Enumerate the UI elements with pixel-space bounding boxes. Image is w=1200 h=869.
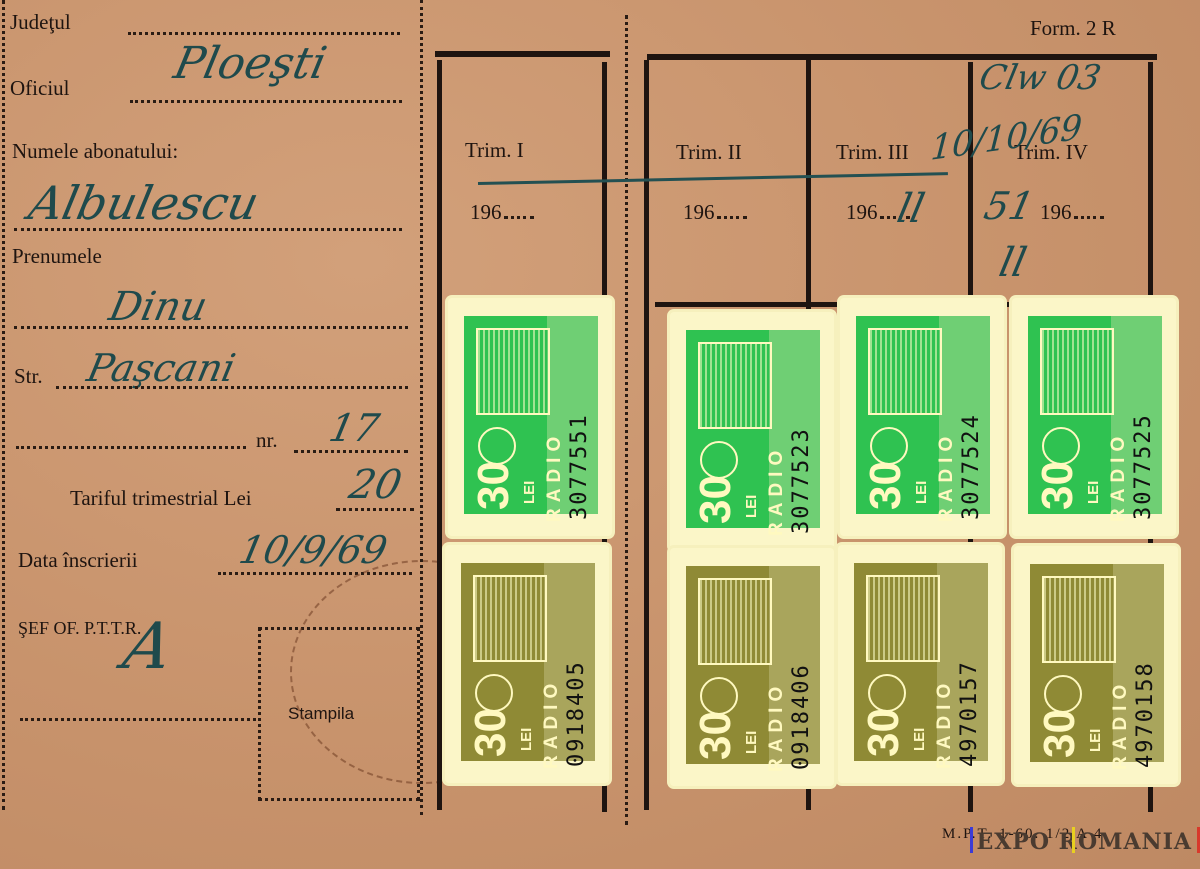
prenumele-value: Dinu — [105, 284, 211, 330]
quarter-3-year-prefix: 196 — [846, 200, 878, 224]
str-line — [56, 386, 408, 389]
judetul-label: Judeţul — [10, 10, 71, 35]
form-code: Form. 2 R — [1030, 16, 1116, 41]
stamp-body: 30LEIRADIO0918405 — [461, 563, 595, 761]
stamp-text: RADIO — [541, 569, 561, 769]
q1-top-border — [435, 51, 610, 57]
quarter-1-year-prefix: 196 — [470, 200, 502, 224]
stamp-unit: LEI — [743, 495, 760, 518]
stamp-value: 30 — [472, 461, 516, 510]
oficiul-label: Oficiul — [10, 76, 69, 101]
stamp-serial: 4970158 — [1133, 578, 1158, 768]
sef-label: ŞEF OF. P.T.T.R. — [18, 618, 141, 639]
quarter-1-label: Trim. I — [465, 138, 524, 163]
radio-icon — [476, 328, 550, 415]
stamp-serial: 3077551 — [567, 330, 592, 520]
quarter-1-year-line — [504, 216, 534, 219]
radio-icon — [866, 575, 940, 662]
stamp-body: 30LEIRADIO4970157 — [854, 563, 988, 761]
nr-left-line — [16, 446, 246, 449]
dial-icon — [868, 674, 906, 712]
flag-stripe-yellow — [1072, 827, 1075, 853]
stamp-unit: LEI — [1085, 481, 1102, 504]
stamp-text: RADIO — [1110, 570, 1130, 770]
q2-left-border — [644, 60, 649, 810]
dial-icon — [870, 427, 908, 465]
judetul-line — [128, 32, 400, 35]
stamp-unit: LEI — [518, 728, 535, 751]
radio-stamp: 30LEIRADIO4970158 — [1014, 546, 1178, 784]
str-label: Str. — [14, 364, 43, 389]
stamp-body: 30LEIRADIO4970158 — [1030, 564, 1164, 762]
stamp-serial: 0918406 — [789, 580, 814, 770]
dial-icon — [475, 674, 513, 712]
q1-left-border — [437, 60, 442, 810]
right-panel-perforation — [625, 15, 628, 825]
stamp-unit: LEI — [521, 481, 538, 504]
oficiul-value: Ploeşti — [170, 38, 331, 89]
stamp-body: 30LEIRADIO0918406 — [686, 566, 820, 764]
stamp-body: 30LEIRADIO3077524 — [856, 316, 990, 514]
stamp-unit: LEI — [911, 728, 928, 751]
str-value: Paşcani — [83, 346, 239, 390]
dial-icon — [700, 677, 738, 715]
q4-note-top: Clw 03 — [976, 58, 1105, 98]
stamp-body: 30LEIRADIO3077525 — [1028, 316, 1162, 514]
dial-icon — [478, 427, 516, 465]
radio-stamp: 30LEIRADIO0918405 — [445, 545, 609, 783]
radio-stamp: 30LEIRADIO4970157 — [838, 545, 1002, 783]
quarter-4-year: 196 — [1040, 200, 1104, 225]
stamp-text: RADIO — [766, 572, 786, 772]
dial-icon — [700, 441, 738, 479]
stamp-value: 30 — [864, 461, 908, 510]
radio-icon — [1040, 328, 1114, 415]
left-edge-perforation — [2, 0, 5, 810]
stamp-value: 30 — [1038, 709, 1082, 758]
stamp-text: RADIO — [934, 569, 954, 769]
prenumele-label: Prenumele — [12, 244, 102, 269]
nr-label: nr. — [256, 428, 278, 453]
stamp-text: RADIO — [766, 336, 786, 536]
numele-line — [14, 228, 402, 231]
tarif-value: 20 — [345, 462, 406, 508]
nr-value: 17 — [325, 406, 383, 450]
stamp-value: 30 — [862, 708, 906, 757]
numele-label: Numele abonatului: — [12, 139, 178, 164]
stamp-serial: 4970157 — [957, 577, 982, 767]
stamp-text: RADIO — [544, 322, 564, 522]
strike-line — [478, 172, 948, 185]
stamp-body: 30LEIRADIO3077551 — [464, 316, 598, 514]
stamp-value: 30 — [469, 708, 513, 757]
q4-note-mid: 51 — [980, 184, 1038, 228]
radio-icon — [473, 575, 547, 662]
quarter-3-label: Trim. III — [836, 140, 909, 165]
radio-icon — [868, 328, 942, 415]
quarter-1-year: 196 — [470, 200, 534, 225]
quarter-2-label: Trim. II — [676, 140, 742, 165]
stamp-unit: LEI — [913, 481, 930, 504]
quarter-4-year-prefix: 196 — [1040, 200, 1072, 224]
tarif-label: Tariful trimestrial Lei — [70, 486, 252, 511]
stamp-text: RADIO — [936, 322, 956, 522]
stamp-serial: 0918405 — [564, 577, 589, 767]
watermark-text: EXPO ROMANIA — [976, 829, 1192, 855]
data-value: 10/9/69 — [235, 528, 391, 572]
radio-subscription-card: Judeţul Oficiul Ploeşti Numele abonatulu… — [0, 0, 1200, 869]
stamp-unit: LEI — [1087, 729, 1104, 752]
oficiul-line — [130, 100, 402, 103]
stamp-value: 30 — [694, 711, 738, 760]
radio-stamp: 30LEIRADIO3077551 — [448, 298, 612, 536]
quarter-2-year-prefix: 196 — [683, 200, 715, 224]
stamp-value: 30 — [1036, 461, 1080, 510]
stamp-value: 30 — [694, 475, 738, 524]
left-panel-perforation — [420, 0, 423, 815]
q3-initials: ll — [893, 186, 928, 232]
stamp-serial: 3077524 — [959, 330, 984, 520]
stamp-text: RADIO — [1108, 322, 1128, 522]
numele-value: Albulescu — [24, 176, 263, 230]
quarter-4-year-line — [1074, 216, 1104, 219]
radio-stamp: 30LEIRADIO3077523 — [670, 312, 834, 550]
sef-line — [20, 718, 256, 721]
radio-icon — [698, 578, 772, 665]
radio-stamp: 30LEIRADIO3077524 — [840, 298, 1004, 536]
tarif-line — [336, 508, 414, 511]
quarter-2-year-line — [717, 216, 747, 219]
dial-icon — [1042, 427, 1080, 465]
nr-line — [294, 450, 408, 453]
watermark: EXPO ROMANIA — [976, 829, 1192, 855]
stamp-serial: 3077525 — [1131, 330, 1156, 520]
stamp-unit: LEI — [743, 731, 760, 754]
radio-icon — [698, 342, 772, 429]
prenumele-line — [14, 326, 408, 329]
data-label: Data înscrierii — [18, 548, 138, 573]
radio-stamp: 30LEIRADIO0918406 — [670, 548, 834, 786]
stamp-body: 30LEIRADIO3077523 — [686, 330, 820, 528]
radio-stamp: 30LEIRADIO3077525 — [1012, 298, 1176, 536]
stamp-serial: 3077523 — [789, 344, 814, 534]
dial-icon — [1044, 675, 1082, 713]
flag-stripe-blue — [970, 827, 973, 853]
radio-icon — [1042, 576, 1116, 663]
quarter-2-year: 196 — [683, 200, 747, 225]
q4-initials: ll — [995, 240, 1030, 286]
